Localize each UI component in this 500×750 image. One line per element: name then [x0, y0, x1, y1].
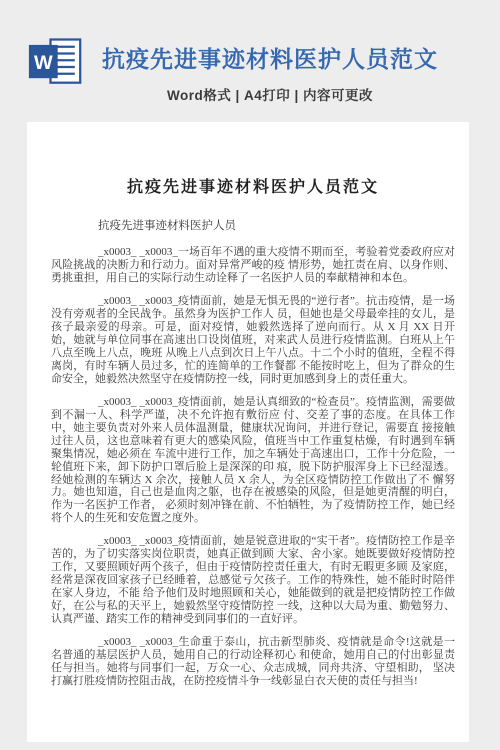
page-background: W 抗疫先进事迹材料医护人员范文 Word格式 | A4打印 | 内容可更改 抗…	[0, 0, 500, 750]
format-info: Word格式 | A4打印 | 内容可更改	[82, 84, 458, 104]
doc-paragraph: _x0003_ _x0003_一场百年不遇的重大疫情不期而至，考验着党委政府应对…	[51, 246, 455, 285]
page-title: 抗疫先进事迹材料医护人员范文	[82, 41, 458, 74]
doc-title: 抗疫先进事迹材料医护人员范文	[51, 174, 455, 197]
document-header: W 抗疫先进事迹材料医护人员范文 Word格式 | A4打印 | 内容可更改	[0, 0, 500, 104]
doc-subheading: 抗疫先进事迹材料医护人员	[51, 217, 455, 233]
header-text-block: 抗疫先进事迹材料医护人员范文 Word格式 | A4打印 | 内容可更改	[82, 37, 500, 104]
document-page: 抗疫先进事迹材料医护人员范文 抗疫先进事迹材料医护人员 _x0003_ _x00…	[27, 122, 469, 742]
word-icon-letter: W	[34, 52, 53, 74]
doc-paragraph: _x0003_ _x0003_疫情面前，她是无惧无畏的“逆行者”。抗击疫情，是一…	[51, 295, 455, 386]
doc-paragraph: _x0003_ _x0003_生命重于泰山，抗击新型肺炎、疫情就是命令!这就是一…	[51, 636, 455, 688]
word-icon: W	[28, 37, 82, 87]
doc-paragraph: _x0003_ _x0003_疫情面前，她是认真细致的“检查员”。疫情监测，需要…	[51, 396, 455, 526]
doc-paragraph: _x0003_ _x0003_疫情面前，她是锐意进取的“实干者”。疫情防控工作是…	[51, 535, 455, 626]
